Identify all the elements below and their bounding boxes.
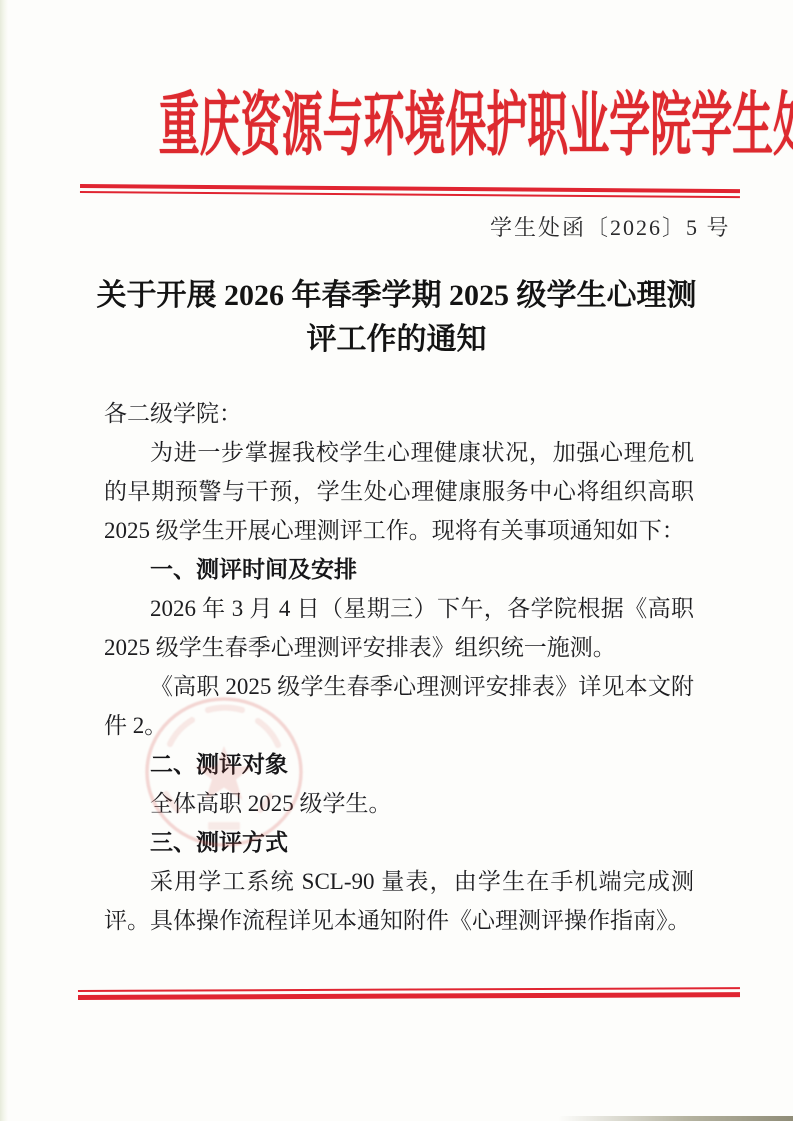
section2-heading: 二、测评对象	[104, 745, 694, 784]
section3-heading: 三、测评方式	[104, 823, 694, 862]
document-number: 学生处函〔2026〕5 号	[490, 211, 731, 242]
scanned-notice-page: 重庆资源与环境保护职业学院学生处 学生处函〔2026〕5 号 关于开展 2026…	[0, 0, 793, 1121]
section1-paragraph-2: 《高职 2025 级学生春季心理测评安排表》详见本文附件 2。	[104, 667, 694, 745]
section3-paragraph-1: 采用学工系统 SCL-90 量表，由学生在手机端完成测评。具体操作流程详见本通知…	[104, 862, 694, 940]
section1-paragraph-1: 2026 年 3 月 4 日（星期三）下午，各学院根据《高职 2025 级学生春…	[104, 589, 694, 667]
intro-paragraph: 为进一步掌握我校学生心理健康状况，加强心理危机的早期预警与干预，学生处心理健康服…	[104, 433, 694, 550]
footer-divider	[78, 987, 740, 1000]
notice-body: 各二级学院： 为进一步掌握我校学生心理健康状况，加强心理危机的早期预警与干预，学…	[104, 394, 694, 940]
section2-paragraph-1: 全体高职 2025 级学生。	[104, 784, 694, 823]
scan-left-edge	[0, 0, 8, 1121]
scan-bottom-edge	[558, 1116, 793, 1121]
letterhead-title: 重庆资源与环境保护职业学院学生处	[159, 89, 667, 162]
section1-heading: 一、测评时间及安排	[104, 550, 694, 589]
letterhead-divider	[80, 184, 740, 198]
salutation: 各二级学院：	[104, 394, 694, 433]
notice-title: 关于开展 2026 年春季学期 2025 级学生心理测评工作的通知	[88, 274, 706, 362]
